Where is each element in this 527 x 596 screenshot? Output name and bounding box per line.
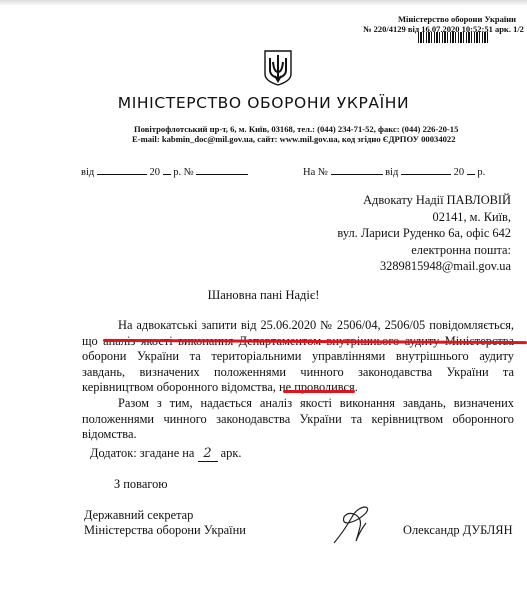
paragraph-1: На адвокатські запити від 25.06.2020 № 2… (82, 318, 514, 396)
signer-ministry: Міністерства оборони України (84, 523, 246, 538)
reply-year-blank (467, 166, 475, 175)
recipient-block: Адвокату Надії ПАВЛОВІЙ 02141, м. Київ, … (337, 192, 511, 275)
letter-body: На адвокатські запити від 25.06.2020 № 2… (82, 318, 514, 443)
registration-org: Міністерство оборони України (398, 14, 516, 24)
recipient-name: Адвокату Надії ПАВЛОВІЙ (337, 192, 511, 209)
closing-regards: З повагою (114, 477, 168, 492)
top-edge-shadow (0, 0, 527, 6)
signer-title: Державний секретар (84, 508, 246, 523)
signer-position: Державний секретар Міністерства оборони … (84, 508, 246, 538)
reply-date-blank (401, 166, 451, 175)
ref-from-label: від (81, 167, 94, 178)
attachment-label: Додаток: згадане на (90, 446, 194, 460)
incoming-reference: На № від 20 р. (303, 166, 485, 178)
ref-number-label: р. № (173, 167, 194, 178)
reply-year-label: 20 (454, 167, 465, 178)
recipient-email-label: електронна пошта: (337, 242, 511, 259)
ref-year-blank (163, 166, 171, 175)
ministry-contacts: E-mail: kabmin_doc@mil.gov.ua, сайт: www… (132, 134, 456, 144)
recipient-street: вул. Лариси Руденко 6а, офіс 642 (337, 225, 511, 242)
red-underline-annotation-2 (283, 390, 355, 393)
reply-number-label: На № (303, 167, 328, 178)
paragraph-2: Разом з тим, надається аналіз якості вик… (82, 396, 514, 443)
ministry-title: МІНІСТЕРСТВО ОБОРОНИ УКРАЇНИ (0, 94, 527, 112)
ministry-address: Повітрофлотський пр-т, 6, м. Київ, 03168… (134, 124, 458, 134)
ref-number-blank (196, 166, 248, 175)
recipient-city: 02141, м. Київ, (337, 209, 511, 226)
signer-name: Олександр ДУБЛЯН (403, 523, 513, 538)
attachment-note: Додаток: згадане на 2 арк. (90, 446, 241, 462)
salutation: Шановна пані Надіє! (0, 288, 527, 303)
reply-from-label: від (385, 167, 398, 178)
ref-year-label: 20 (149, 167, 160, 178)
ukraine-trident-icon (264, 50, 292, 86)
barcode (418, 32, 490, 43)
ref-date-blank (97, 166, 147, 175)
recipient-email: 3289815948@mail.gov.ua (337, 258, 511, 275)
attachment-page-count: 2 (198, 446, 218, 462)
reply-year-suffix: р. (477, 167, 485, 178)
reply-number-blank (331, 166, 383, 175)
outgoing-reference: від 20 р. № (81, 166, 248, 178)
handwritten-signature (330, 505, 376, 545)
attachment-suffix: арк. (221, 446, 242, 460)
